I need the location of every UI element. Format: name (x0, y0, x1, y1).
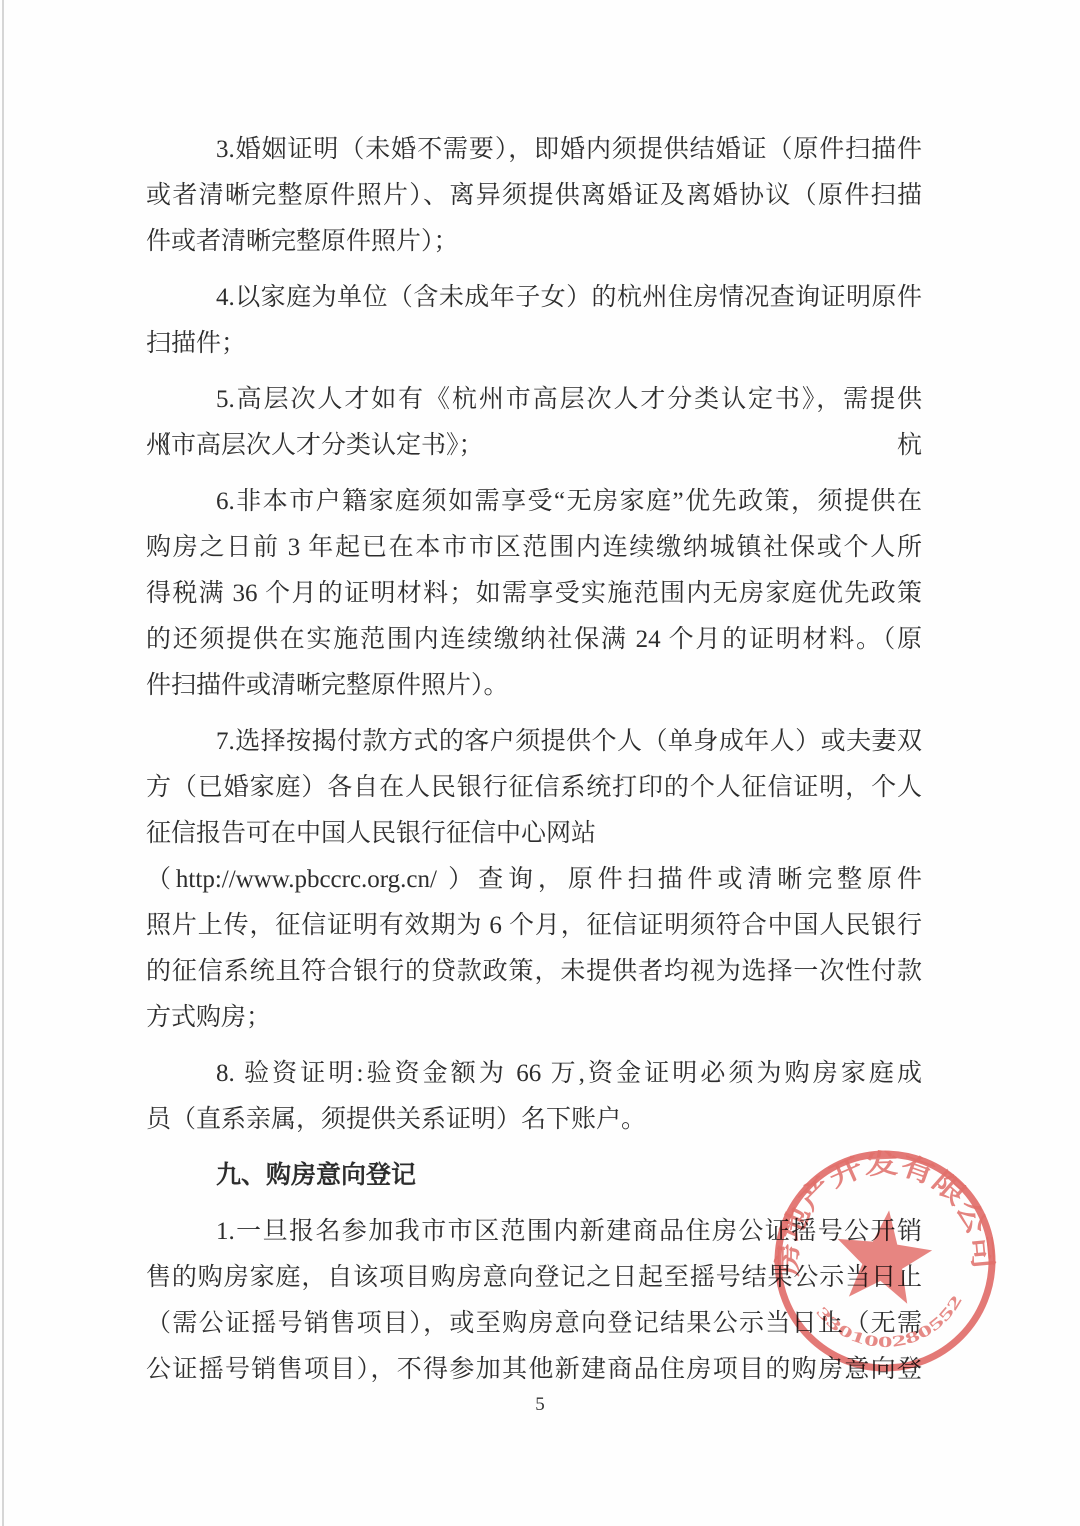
document-body: 3.婚姻证明（未婚不需要），即婚内须提供结婚证（原件扫描件或者清晰完整原件照片）… (146, 127, 922, 1403)
text-line: 扫描件； (146, 321, 922, 367)
item-3-marriage-certificate: 3.婚姻证明（未婚不需要），即婚内须提供结婚证（原件扫描件或者清晰完整原件照片）… (146, 127, 922, 265)
text-line: 或者清晰完整原件照片）、离异须提供离婚证及离婚协议（原件扫描 (146, 173, 922, 219)
text-line: （需公证摇号销售项目），或至购房意向登记结果公示当日止（无需 (146, 1301, 922, 1347)
text-line: 照片上传，征信证明有效期为 6 个月，征信证明须符合中国人民银行 (146, 903, 922, 949)
text-line: （http://www.pbccrc.org.cn/ ）查询，原件扫描件或清晰完… (146, 857, 922, 903)
text-line: 6.非本市户籍家庭须如需享受“无房家庭”优先政策，须提供在 (146, 479, 922, 525)
item-8-capital-verification: 8. 验资证明:验资金额为 66 万,资金证明必须为购房家庭成员（直系亲属，须提… (146, 1051, 922, 1143)
text-line: 4.以家庭为单位（含未成年子女）的杭州住房情况查询证明原件 (146, 275, 922, 321)
text-line: 九、购房意向登记 (146, 1153, 922, 1199)
text-line: 件或者清晰完整原件照片）； (146, 219, 922, 265)
text-line: 的还须提供在实施范围内连续缴纳社保满 24 个月的证明材料。（原 (146, 617, 922, 663)
text-line: 7.选择按揭付款方式的客户须提供个人（单身成年人）或夫妻双 (146, 719, 922, 765)
text-line: 方（已婚家庭）各自在人民银行征信系统打印的个人征信证明，个人 (146, 765, 922, 811)
text-line: 的征信系统且符合银行的贷款政策，未提供者均视为选择一次性付款 (146, 949, 922, 995)
text-line: 5.高层次人才如有《杭州市高层次人才分类认定书》，需提供《杭 (146, 377, 922, 423)
text-line: 公证摇号销售项目），不得参加其他新建商品住房项目的购房意向登 (146, 1347, 922, 1393)
item-7-credit-report: 7.选择按揭付款方式的客户须提供个人（单身成年人）或夫妻双方（已婚家庭）各自在人… (146, 719, 922, 1041)
text-line: 得税满 36 个月的证明材料；如需享受实施范围内无房家庭优先政策 (146, 571, 922, 617)
text-line: 征信报告可在中国人民银行征信中心网站 (146, 811, 922, 857)
page-number: 5 (0, 1394, 1080, 1416)
text-line: 1.一旦报名参加我市市区范围内新建商品住房公证摇号公开销 (146, 1209, 922, 1255)
text-line: 8. 验资证明:验资金额为 66 万,资金证明必须为购房家庭成 (146, 1051, 922, 1097)
section-9-item-1-registration: 1.一旦报名参加我市市区范围内新建商品住房公证摇号公开销售的购房家庭，自该项目购… (146, 1209, 922, 1393)
section-9-heading: 九、购房意向登记 (146, 1153, 922, 1199)
text-line: 件扫描件或清晰完整原件照片）。 (146, 663, 922, 709)
text-line: 3.婚姻证明（未婚不需要），即婚内须提供结婚证（原件扫描件 (146, 127, 922, 173)
item-4-housing-status-certificate: 4.以家庭为单位（含未成年子女）的杭州住房情况查询证明原件扫描件； (146, 275, 922, 367)
item-6-non-local-household: 6.非本市户籍家庭须如需享受“无房家庭”优先政策，须提供在购房之日前 3 年起已… (146, 479, 922, 709)
document-page: 3.婚姻证明（未婚不需要），即婚内须提供结婚证（原件扫描件或者清晰完整原件照片）… (0, 0, 1080, 1526)
text-line: 购房之日前 3 年起已在本市市区范围内连续缴纳城镇社保或个人所 (146, 525, 922, 571)
item-5-high-level-talent: 5.高层次人才如有《杭州市高层次人才分类认定书》，需提供《杭州市高层次人才分类认… (146, 377, 922, 469)
text-line: 方式购房； (146, 995, 922, 1041)
scan-edge-line (2, 0, 4, 1526)
text-line: 员（直系亲属，须提供关系证明）名下账户。 (146, 1097, 922, 1143)
text-line: 售的购房家庭，自该项目购房意向登记之日起至摇号结果公示当日止 (146, 1255, 922, 1301)
